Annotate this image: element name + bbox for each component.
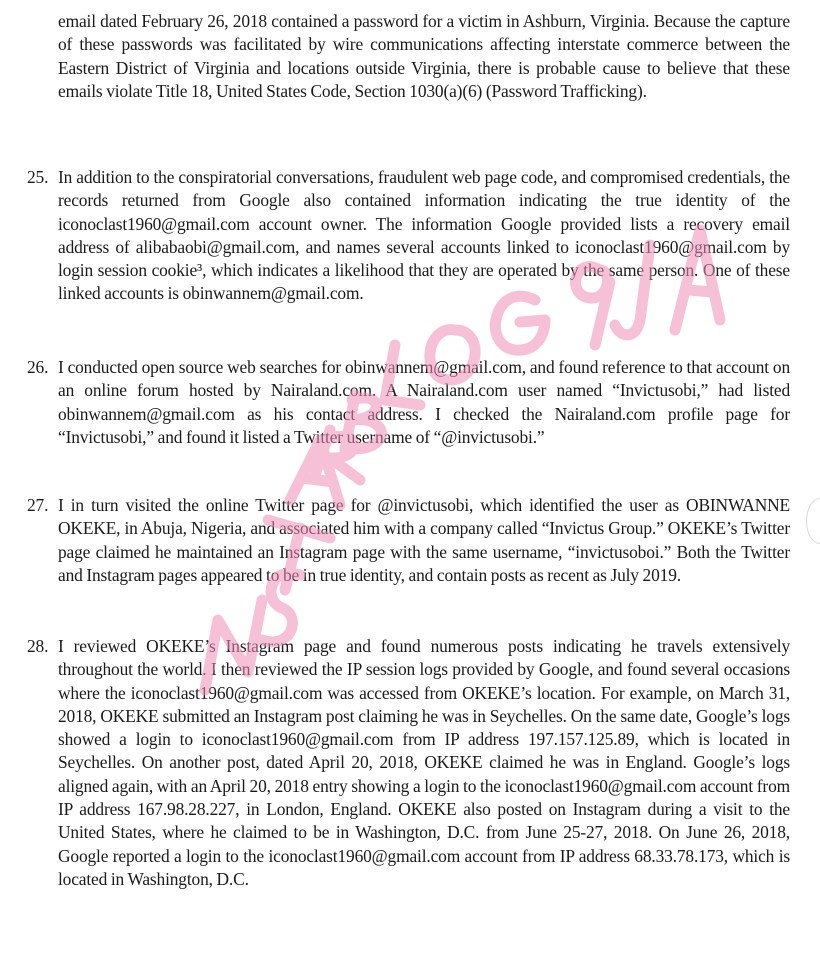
paragraph-text: email dated February 26, 2018 contained … (58, 11, 790, 101)
paragraph-number: 25. (27, 166, 48, 189)
document-page: email dated February 26, 2018 contained … (0, 0, 820, 960)
paragraph-27: 27. I in turn visited the online Twitter… (58, 494, 790, 587)
paragraph-text: I in turn visited the online Twitter pag… (58, 495, 790, 585)
paragraph-number: 27. (27, 494, 48, 517)
paragraph-continuation: email dated February 26, 2018 contained … (58, 10, 790, 103)
paragraph-28: 28. I reviewed OKEKE’s Instagram page an… (58, 635, 790, 891)
paragraph-number: 26. (27, 356, 48, 379)
paragraph-text: I conducted open source web searches for… (58, 357, 790, 447)
paragraph-25: 25. In addition to the conspiratorial co… (58, 166, 790, 306)
paragraph-text: In addition to the conspiratorial conver… (58, 167, 790, 303)
paragraph-text: I reviewed OKEKE’s Instagram page and fo… (58, 636, 790, 889)
paragraph-number: 28. (27, 635, 48, 658)
paragraph-26: 26. I conducted open source web searches… (58, 356, 790, 449)
